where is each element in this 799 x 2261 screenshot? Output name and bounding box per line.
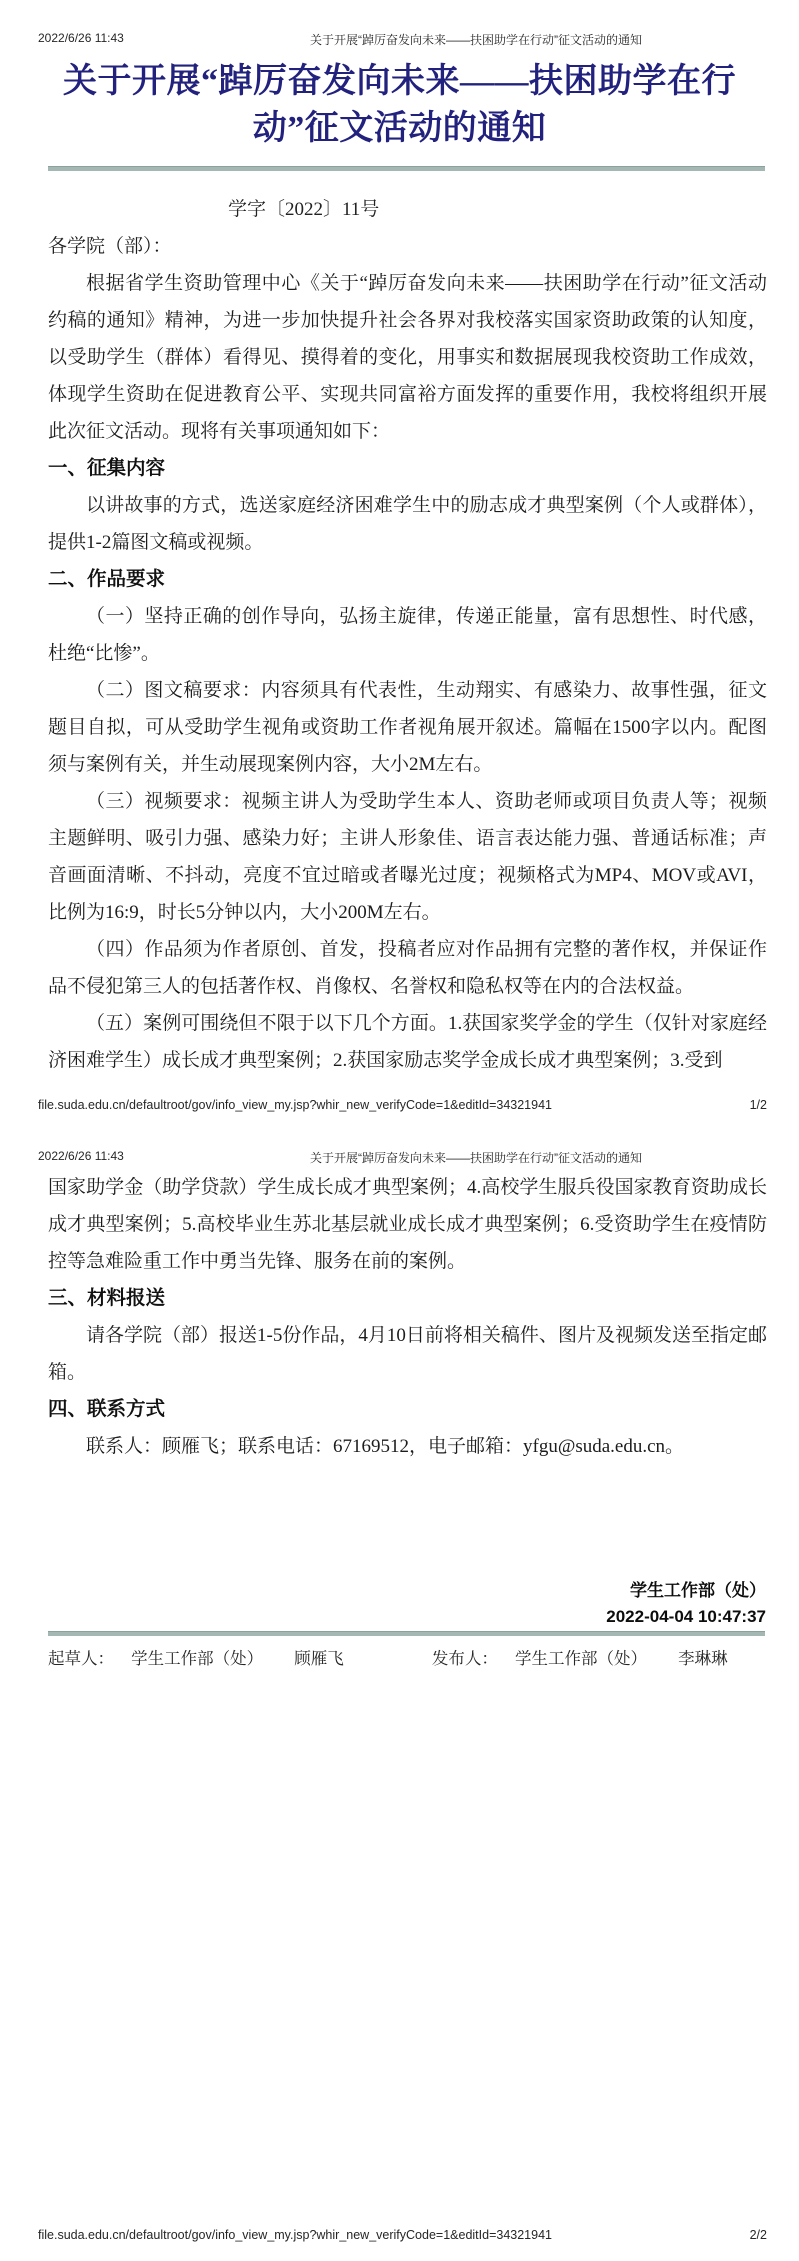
print-header-title: 关于开展“踔厉奋发向未来——扶困助学在行动”征文活动的通知: [310, 31, 642, 48]
print-footer-url: file.suda.edu.cn/defaultroot/gov/info_vi…: [38, 1098, 552, 1112]
drafter-label: 起草人：: [48, 1645, 114, 1669]
publisher-name: 李琳琳: [678, 1645, 728, 1669]
section-3-heading: 三、材料报送: [48, 1280, 767, 1317]
page-indicator-2: 2/2: [750, 2228, 767, 2242]
drafter-publisher-row: 起草人： 学生工作部（处） 顾雁飞 发布人： 学生工作部（处） 李琳琳: [48, 1645, 765, 1669]
print-timestamp: 2022/6/26 11:43: [38, 1149, 124, 1163]
section-4-heading: 四、联系方式: [48, 1391, 767, 1428]
publisher-label: 发布人：: [432, 1645, 498, 1669]
document-number: 学字〔2022〕11号: [228, 194, 379, 221]
section-4-paragraph: 联系人：顾雁飞；联系电话：67169512，电子邮箱：yfgu@suda.edu…: [48, 1428, 767, 1465]
print-header-title: 关于开展“踔厉奋发向未来——扶困助学在行动”征文活动的通知: [310, 1149, 642, 1166]
section-1-heading: 一、征集内容: [48, 450, 767, 487]
print-timestamp: 2022/6/26 11:43: [38, 31, 124, 45]
section-2-paragraph-1: （一）坚持正确的创作导向，弘扬主旋律，传递正能量，富有思想性、时代感，杜绝“比惨…: [48, 598, 767, 672]
document-body-page2: 国家助学金（助学贷款）学生成长成才典型案例；4.高校学生服兵役国家教育资助成长成…: [48, 1169, 767, 1465]
print-preview-document: 2022/6/26 11:43 关于开展“踔厉奋发向未来——扶困助学在行动”征文…: [0, 0, 799, 2261]
meta-divider-rule: [48, 1631, 765, 1636]
signature-block: 学生工作部（处） 2022-04-04 10:47:37: [606, 1578, 766, 1630]
drafter-department: 学生工作部（处）: [131, 1645, 263, 1669]
publisher-department: 学生工作部（处）: [515, 1645, 647, 1669]
title-divider-rule: [48, 166, 765, 171]
section-2-paragraph-3: （三）视频要求：视频主讲人为受助学生本人、资助老师或项目负责人等；视频主题鲜明、…: [48, 783, 767, 931]
section-2-paragraph-5-part2: 国家助学金（助学贷款）学生成长成才典型案例；4.高校学生服兵役国家教育资助成长成…: [48, 1169, 767, 1280]
section-1-paragraph: 以讲故事的方式，选送家庭经济困难学生中的励志成才典型案例（个人或群体），提供1-…: [48, 487, 767, 561]
page-indicator-1: 1/2: [750, 1098, 767, 1112]
print-footer-page2: file.suda.edu.cn/defaultroot/gov/info_vi…: [38, 2228, 767, 2242]
section-2-paragraph-5-part1: （五）案例可围绕但不限于以下几个方面。1.获国家奖学金的学生（仅针对家庭经济困难…: [48, 1005, 767, 1079]
print-footer-url: file.suda.edu.cn/defaultroot/gov/info_vi…: [38, 2228, 552, 2242]
signature-department: 学生工作部（处）: [606, 1578, 766, 1604]
document-title: 关于开展“踔厉奋发向未来——扶困助学在行动”征文活动的通知: [24, 58, 775, 152]
intro-paragraph: 根据省学生资助管理中心《关于“踔厉奋发向未来——扶困助学在行动”征文活动约稿的通…: [48, 265, 767, 450]
section-2-paragraph-4: （四）作品须为作者原创、首发，投稿者应对作品拥有完整的著作权，并保证作品不侵犯第…: [48, 931, 767, 1005]
section-2-paragraph-2: （二）图文稿要求：内容须具有代表性，生动翔实、有感染力、故事性强，征文题目自拟，…: [48, 672, 767, 783]
section-3-paragraph: 请各学院（部）报送1-5份作品，4月10日前将相关稿件、图片及视频发送至指定邮箱…: [48, 1317, 767, 1391]
print-header-page1: 2022/6/26 11:43 关于开展“踔厉奋发向未来——扶困助学在行动”征文…: [38, 31, 779, 47]
drafter-name: 顾雁飞: [294, 1645, 344, 1669]
signature-datetime: 2022-04-04 10:47:37: [606, 1604, 766, 1630]
print-header-page2: 2022/6/26 11:43 关于开展“踔厉奋发向未来——扶困助学在行动”征文…: [38, 1149, 779, 1165]
document-body-page1: 各学院（部）： 根据省学生资助管理中心《关于“踔厉奋发向未来——扶困助学在行动”…: [48, 228, 767, 1079]
print-footer-page1: file.suda.edu.cn/defaultroot/gov/info_vi…: [38, 1098, 767, 1112]
section-2-heading: 二、作品要求: [48, 561, 767, 598]
salutation: 各学院（部）：: [48, 228, 767, 265]
